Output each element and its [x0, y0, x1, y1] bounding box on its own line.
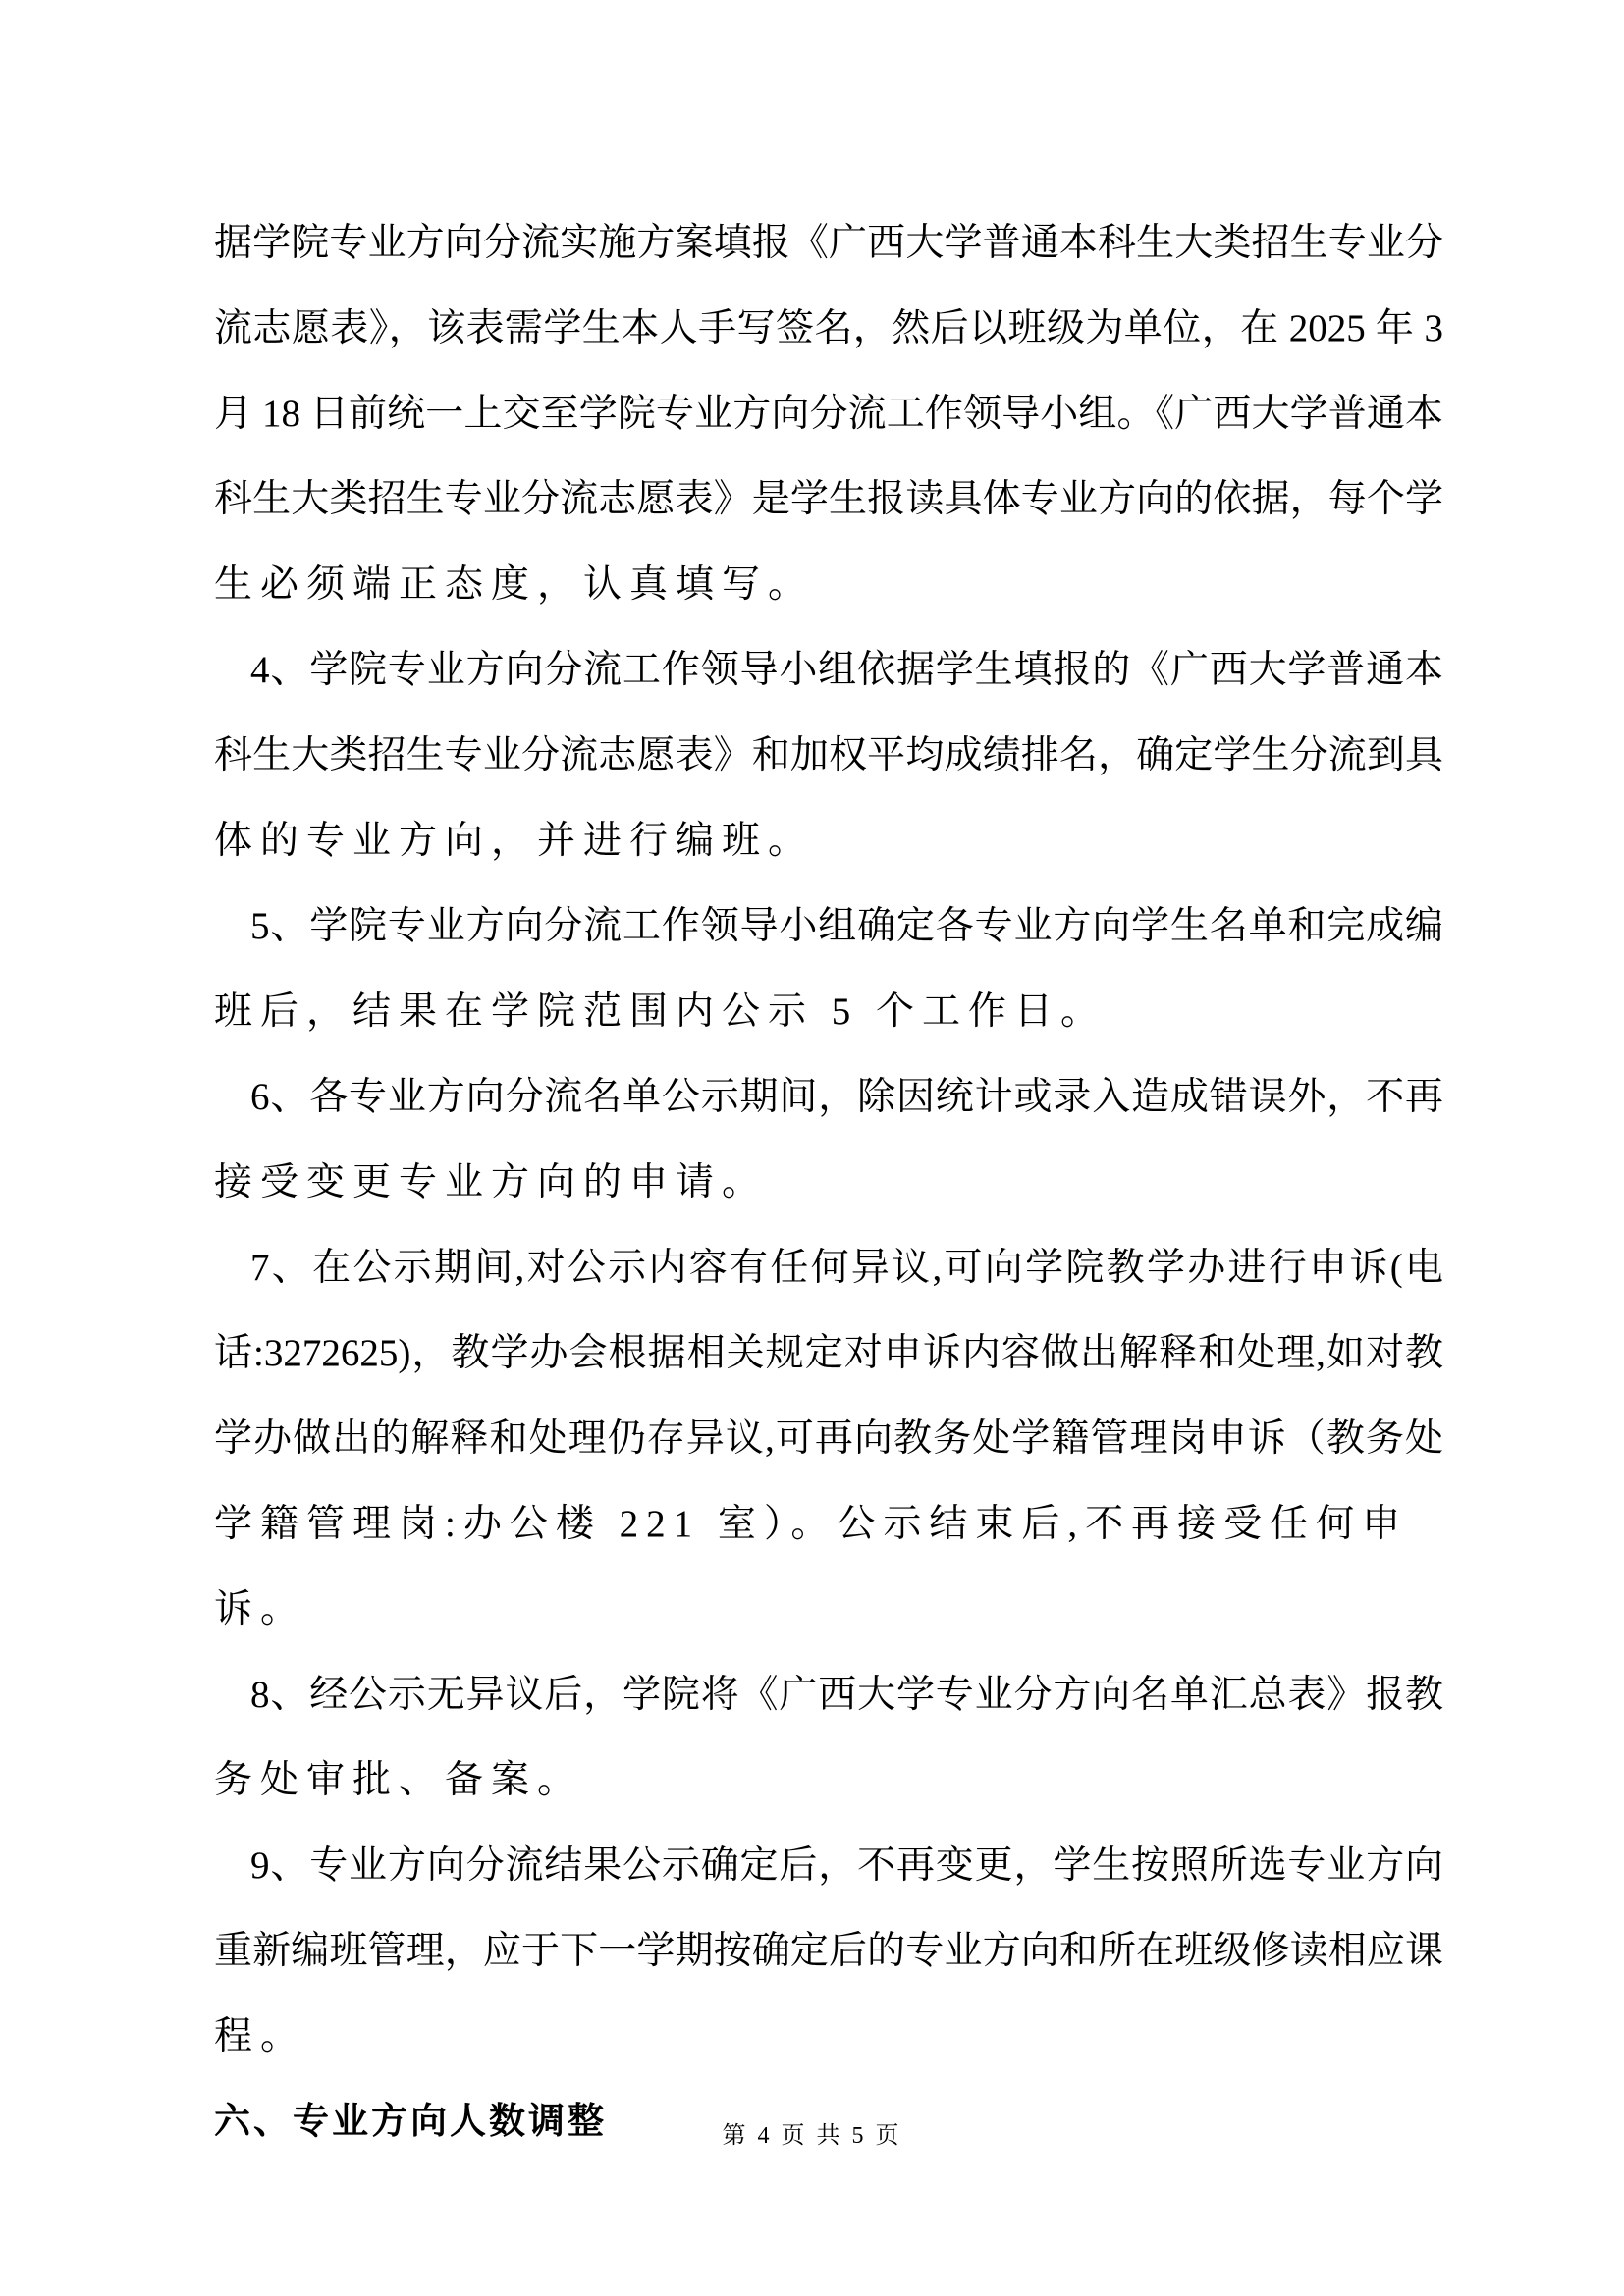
text-line: 6、各专业方向分流名单公示期间，除因统计或录入造成错误外，不再	[214, 1054, 1443, 1140]
text-line: 流志愿表》，该表需学生本人手写签名，然后以班级为单位，在 2025 年 3	[214, 286, 1443, 371]
text-line: 生必须端正态度，认真填写。	[214, 542, 1443, 627]
text-line: 9、专业方向分流结果公示确定后，不再变更，学生按照所选专业方向	[214, 1823, 1443, 1908]
page-number-footer: 第 4 页 共 5 页	[0, 2120, 1624, 2152]
document-page: { "document": { "page_background": "#fff…	[0, 0, 1624, 2296]
text-line: 月 18 日前统一上交至学院专业方向分流工作领导小组。《广西大学普通本	[214, 371, 1443, 456]
text-line: 4、学院专业方向分流工作领导小组依据学生填报的《广西大学普通本	[214, 627, 1443, 713]
document-body: 据学院专业方向分流实施方案填报《广西大学普通本科生大类招生专业分 流志愿表》，该…	[214, 200, 1443, 2164]
text-line: 科生大类招生专业分流志愿表》是学生报读具体专业方向的依据，每个学	[214, 456, 1443, 542]
text-line: 话:3272625)，教学办会根据相关规定对申诉内容做出解释和处理,如对教	[214, 1310, 1443, 1396]
text-line: 学办做出的解释和处理仍存异议,可再向教务处学籍管理岗申诉（教务处	[214, 1396, 1443, 1481]
text-line: 8、经公示无异议后，学院将《广西大学专业分方向名单汇总表》报教	[214, 1652, 1443, 1737]
text-line: 重新编班管理，应于下一学期按确定后的专业方向和所在班级修读相应课	[214, 1908, 1443, 1994]
text-line: 7、在公示期间,对公示内容有任何异议,可向学院教学办进行申诉(电	[214, 1225, 1443, 1310]
text-line: 班后，结果在学院范围内公示 5 个工作日。	[214, 969, 1443, 1054]
text-line: 务处审批、备案。	[214, 1737, 1443, 1823]
text-line: 科生大类招生专业分流志愿表》和加权平均成绩排名，确定学生分流到具	[214, 713, 1443, 798]
text-line: 接受变更专业方向的申请。	[214, 1140, 1443, 1225]
text-line: 据学院专业方向分流实施方案填报《广西大学普通本科生大类招生专业分	[214, 200, 1443, 286]
text-line: 5、学院专业方向分流工作领导小组确定各专业方向学生名单和完成编	[214, 883, 1443, 969]
text-line: 程。	[214, 1994, 1443, 2079]
text-line: 体的专业方向，并进行编班。	[214, 798, 1443, 883]
text-line: 学籍管理岗:办公楼 221 室）。公示结束后,不再接受任何申诉。	[214, 1481, 1443, 1652]
